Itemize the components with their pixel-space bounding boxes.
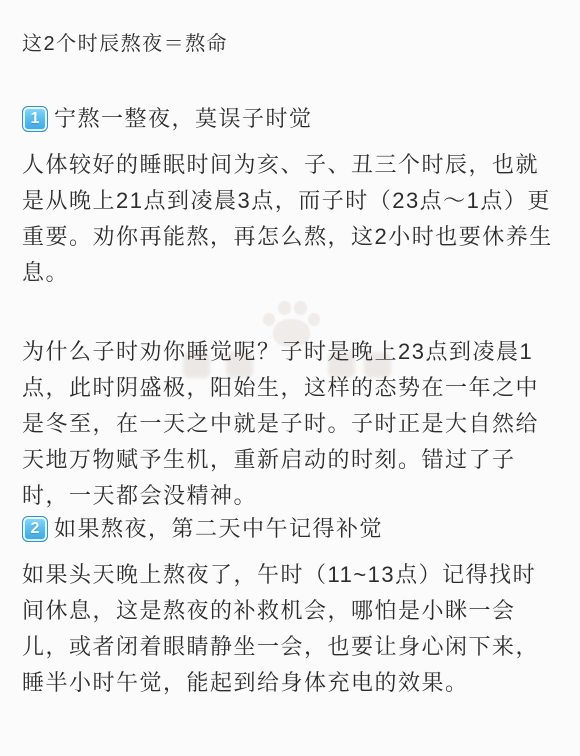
paragraph: 为什么子时劝你睡觉呢？子时是晚上23点到凌晨1点，此时阴盛极，阳始生，这样的态势… [22, 334, 558, 514]
paragraph: 如果头天晚上熬夜了，午时（11~13点）记得找时间休息，这是熬夜的补救机会，哪怕… [22, 557, 558, 701]
section-2-heading: 如果熬夜，第二天中午记得补觉 [54, 514, 383, 544]
section-1-heading: 宁熬一整夜，莫误子时觉 [54, 104, 313, 134]
number-2-badge-icon: 2 [22, 516, 48, 542]
paragraph: 人体较好的睡眠时间为亥、子、丑三个时辰，也就是从晚上21点到凌晨3点，而子时（2… [22, 147, 558, 291]
article-content: 这2个时辰熬夜＝熬命 1 宁熬一整夜，莫误子时觉 人体较好的睡眠时间为亥、子、丑… [22, 30, 558, 701]
section-1: 1 宁熬一整夜，莫误子时觉 人体较好的睡眠时间为亥、子、丑三个时辰，也就是从晚上… [22, 104, 558, 514]
section-2: 2 如果熬夜，第二天中午记得补觉 如果头天晚上熬夜了，午时（11~13点）记得找… [22, 514, 558, 701]
section-2-heading-row: 2 如果熬夜，第二天中午记得补觉 [22, 514, 558, 544]
article-page: 这2个时辰熬夜＝熬命 1 宁熬一整夜，莫误子时觉 人体较好的睡眠时间为亥、子、丑… [0, 0, 580, 756]
section-1-heading-row: 1 宁熬一整夜，莫误子时觉 [22, 104, 558, 134]
article-title: 这2个时辰熬夜＝熬命 [22, 30, 558, 58]
number-1-badge-icon: 1 [22, 106, 48, 132]
